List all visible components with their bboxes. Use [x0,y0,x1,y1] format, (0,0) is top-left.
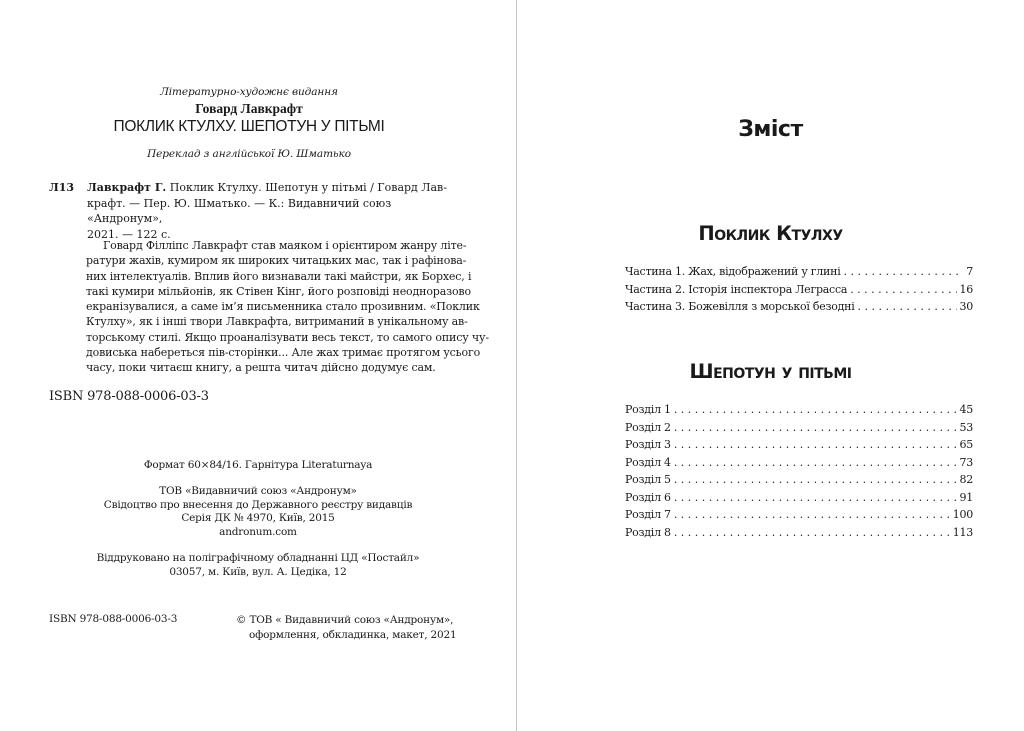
toc-entry[interactable]: Розділ 2 53 [625,419,973,437]
toc-entry[interactable]: Розділ 5 82 [625,471,973,489]
toc-leader-dots [843,263,963,281]
abstract-line: Ктулху», як і інші твори Лавкрафта, витр… [86,314,450,329]
toc-entry[interactable]: Частина 1. Жах, відображений у глині 7 [625,263,973,281]
catalog-record: Л13 Лавкрафт Г. Поклик Ктулху. Шепотун у… [49,180,451,242]
publisher-line: Серія ДК № 4970, Київ, 2015 [48,512,468,526]
isbn: ISBN 978-088-0006-03-3 [49,389,209,404]
format-info: Формат 60×84/16. Гарнітура Literaturnaya [48,459,468,473]
toc-entry-page: 113 [950,524,973,542]
toc-entry-page: 53 [957,419,974,437]
toc-entry[interactable]: Розділ 4 73 [625,454,973,472]
abstract-line: торському стилі. Якщо проаналізувати вес… [86,330,450,345]
part-title-whisperer-in-darkness: Шепотун у пітьмі [517,360,1024,383]
author-name: Говард Лавкрафт [48,101,450,117]
abstract-line: часу, поки читаєш книгу, а решта читач д… [86,360,450,375]
toc-leader-dots [850,281,956,299]
toc-entry[interactable]: Розділ 1 45 [625,401,973,419]
toc-entry[interactable]: Розділ 3 65 [625,436,973,454]
toc-entry-page: 100 [950,506,973,524]
toc-entry-label: Частина 2. Історія інспектора Леграсса [625,281,850,299]
toc-entry[interactable]: Розділ 8 113 [625,524,973,542]
catalog-description: Лавкрафт Г. Поклик Ктулху. Шепотун у піт… [87,180,451,242]
contents-page: Зміст Поклик Ктулху Частина 1. Жах, відо… [517,0,1024,731]
printer-line: Віддруковано на поліграфічному обладнанн… [48,552,468,566]
book-abstract: Говард Філліпс Лавкрафт став маяком і ор… [86,238,450,376]
abstract-line: екранізувалися, а саме ім’я письменника … [86,299,450,314]
toc-entry[interactable]: Розділ 6 91 [625,489,973,507]
toc-entry-label: Розділ 1 [625,401,674,419]
abstract-line: ратури жахів, кумиром як широких читацьк… [86,253,450,268]
toc-entry-label: Розділ 7 [625,506,674,524]
printer-info: Віддруковано на поліграфічному обладнанн… [48,552,468,579]
part-title-call-of-cthulhu: Поклик Ктулху [517,222,1024,245]
format-line: Формат 60×84/16. Гарнітура Literaturnaya [48,459,468,473]
toc-entry-page: 45 [957,401,974,419]
printer-line: 03057, м. Київ, вул. А. Цедіка, 12 [48,566,468,580]
toc-entry-label: Частина 3. Божевілля з морської безодні [625,298,857,316]
toc-entry-label: Розділ 8 [625,524,674,542]
toc-entry-label: Розділ 4 [625,454,674,472]
copyright-line: © ТОВ « Видавничий союз «Андронум», [236,613,456,628]
toc-list-call-of-cthulhu: Частина 1. Жах, відображений у глині 7 Ч… [625,263,973,316]
toc-entry-page: 91 [957,489,974,507]
catalog-line-1: Поклик Ктулху. Шепотун у пітьмі / Говард… [166,181,447,194]
toc-entry-label: Розділ 6 [625,489,674,507]
toc-leader-dots [674,419,957,437]
toc-entry-page: 16 [957,281,974,299]
copyright-notice: © ТОВ « Видавничий союз «Андронум», офор… [236,613,456,643]
publisher-line: ТОВ «Видавничий союз «Андронум» [48,485,468,499]
toc-entry[interactable]: Частина 2. Історія інспектора Леграсса 1… [625,281,973,299]
translator-credit: Переклад з англійської Ю. Шматько [48,148,450,160]
toc-leader-dots [674,454,957,472]
toc-list-whisperer-in-darkness: Розділ 1 45 Розділ 2 53 Розділ 3 65 Розд… [625,401,973,541]
catalog-line-2: крафт. — Пер. Ю. Шматько. — К.: Видавнич… [87,197,391,226]
catalog-code: Л13 [49,180,74,196]
genre-label: Літературно-художнє видання [48,86,450,98]
copyright-line: оформлення, обкладинка, макет, 2021 [236,628,456,643]
toc-leader-dots [674,489,957,507]
catalog-author: Лавкрафт Г. [87,181,166,194]
toc-entry-page: 7 [963,263,973,281]
publisher-info: ТОВ «Видавничий союз «Андронум» Свідоцтв… [48,485,468,539]
toc-entry-page: 65 [957,436,974,454]
imprint-page: Літературно-художнє видання Говард Лавкр… [0,0,516,731]
publisher-line: Свідоцтво про внесення до Державного реє… [48,499,468,513]
toc-leader-dots [674,401,957,419]
abstract-line: Говард Філліпс Лавкрафт став маяком і ор… [86,238,450,253]
toc-entry-label: Розділ 3 [625,436,674,454]
toc-leader-dots [674,506,950,524]
toc-entry-label: Розділ 5 [625,471,674,489]
book-title: ПОКЛИК КТУЛХУ. ШЕПОТУН У ПІТЬМІ [48,118,450,136]
toc-leader-dots [674,436,957,454]
toc-entry-page: 30 [957,298,974,316]
toc-leader-dots [674,471,957,489]
publisher-website: andronum.com [48,526,468,540]
abstract-line: них інтелектуалів. Вплив його визнавали … [86,269,450,284]
abstract-line: довиська набереться пів-сторінки... Але … [86,345,450,360]
toc-entry[interactable]: Розділ 7 100 [625,506,973,524]
isbn-bottom: ISBN 978-088-0006-03-3 [49,613,177,625]
toc-leader-dots [857,298,956,316]
toc-entry-page: 82 [957,471,974,489]
abstract-line: такі кумири мільйонів, як Стівен Кінг, й… [86,284,450,299]
toc-title: Зміст [517,117,1024,142]
toc-leader-dots [674,524,950,542]
toc-entry-page: 73 [957,454,974,472]
toc-entry[interactable]: Частина 3. Божевілля з морської безодні … [625,298,973,316]
toc-entry-label: Розділ 2 [625,419,674,437]
toc-entry-label: Частина 1. Жах, відображений у глині [625,263,843,281]
